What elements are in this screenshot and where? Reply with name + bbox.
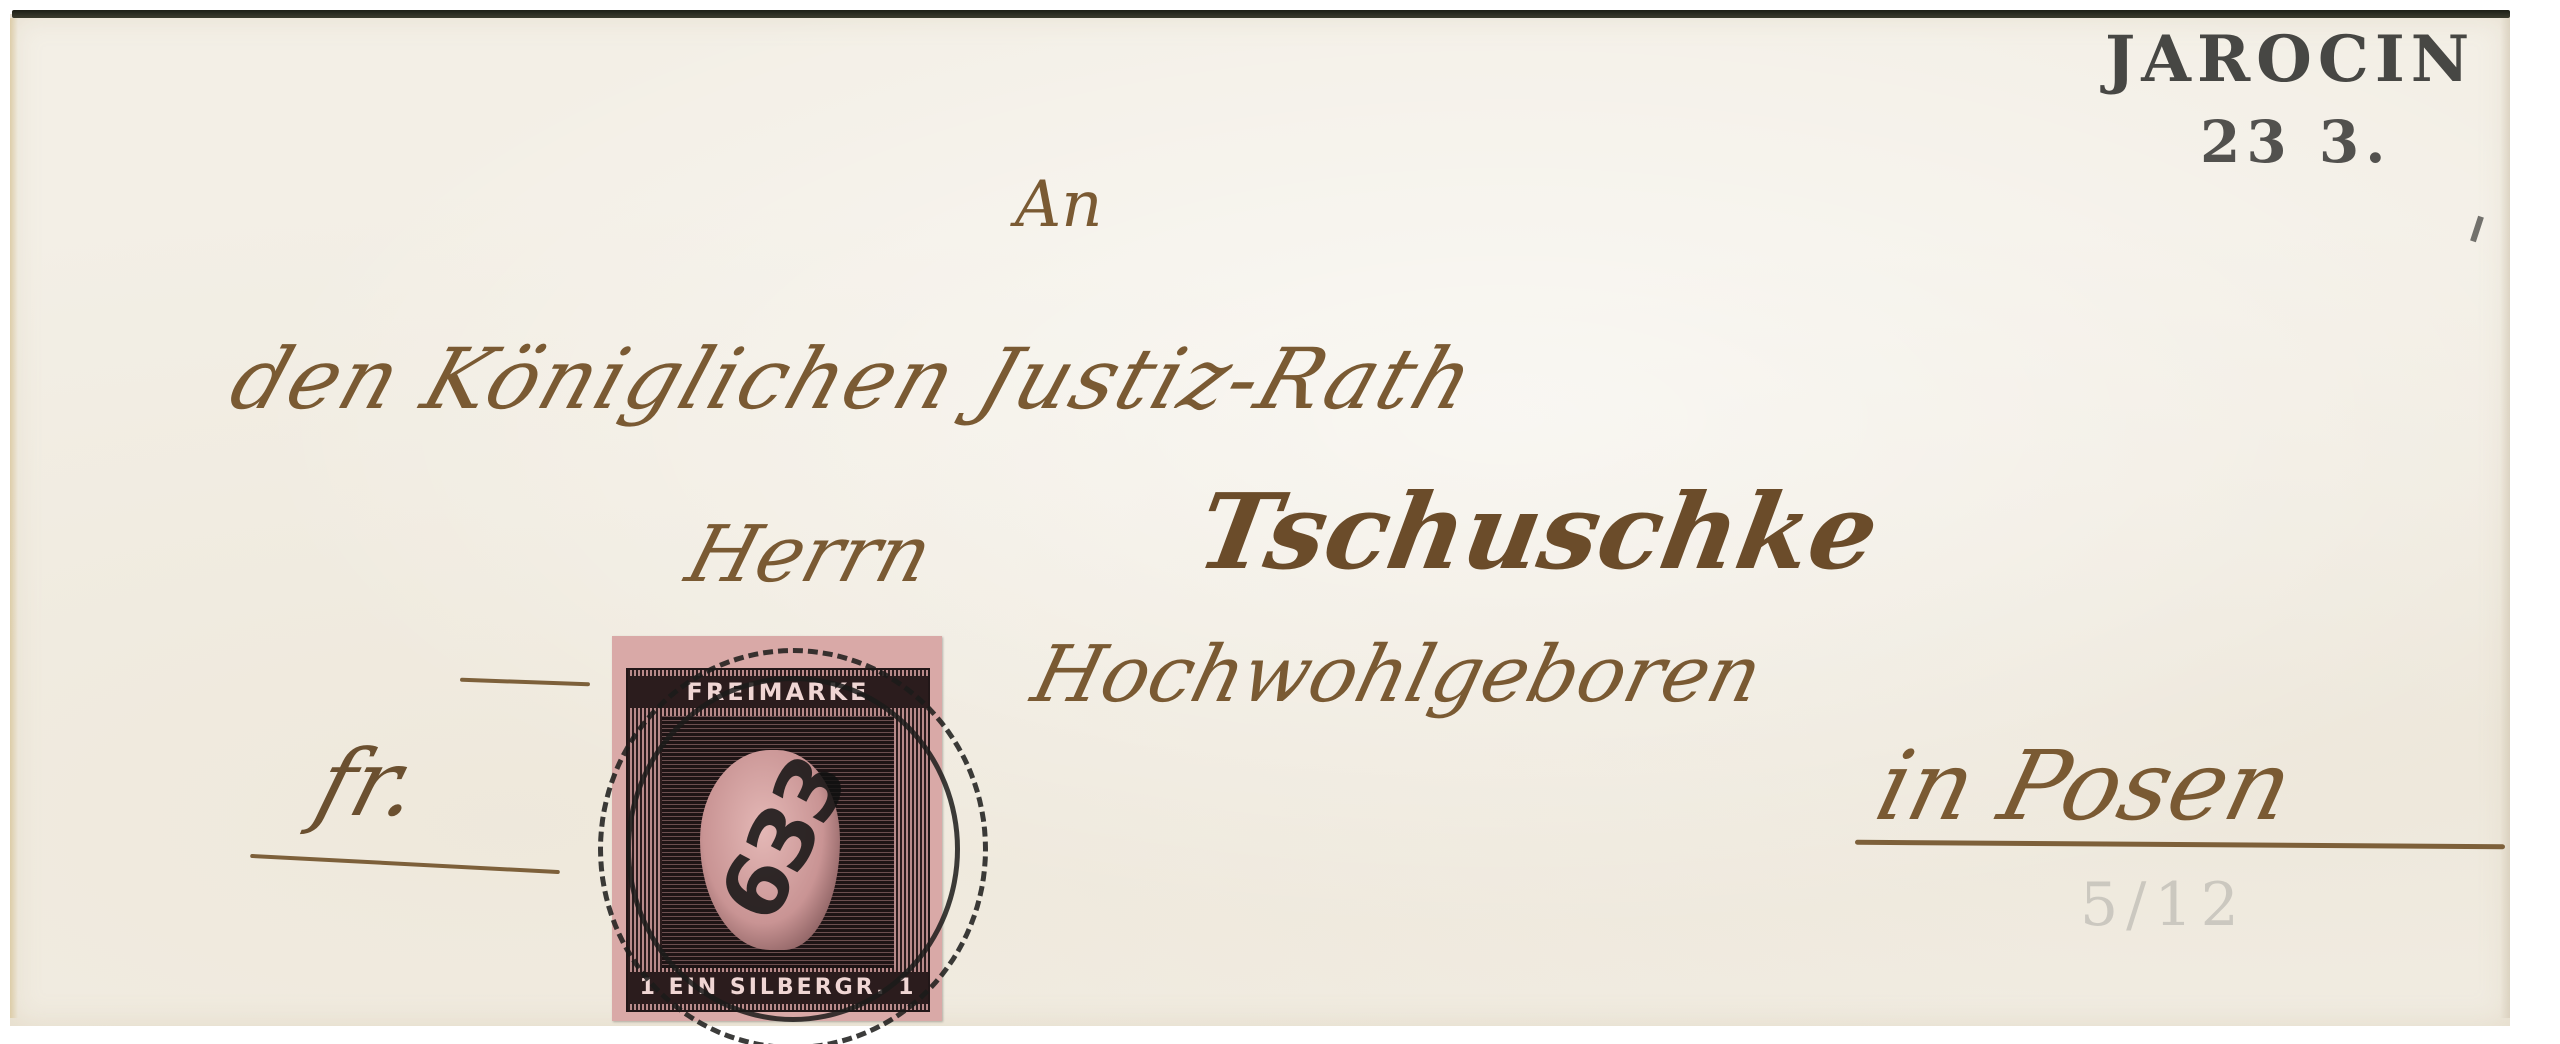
recipient-name: Tschuschke — [1189, 470, 1887, 593]
address-salutation: An — [1015, 168, 1102, 242]
backstamp-faint: 5/12 — [2080, 870, 2247, 940]
cover-top-edge — [12, 10, 2510, 18]
address-city: in Posen — [1866, 730, 2303, 842]
cover-left-edge — [10, 18, 18, 1018]
postmark-town: JAROCIN — [2105, 22, 2475, 97]
postmark-date: 23 3. — [2200, 108, 2391, 176]
address-herrn: Herrn — [677, 510, 942, 600]
cover-right-edge — [2500, 18, 2510, 1018]
address-honorific: Hochwohlgeboren — [1024, 630, 1771, 720]
address-line-1: den Königlichen Justiz-Rath — [219, 330, 1488, 428]
